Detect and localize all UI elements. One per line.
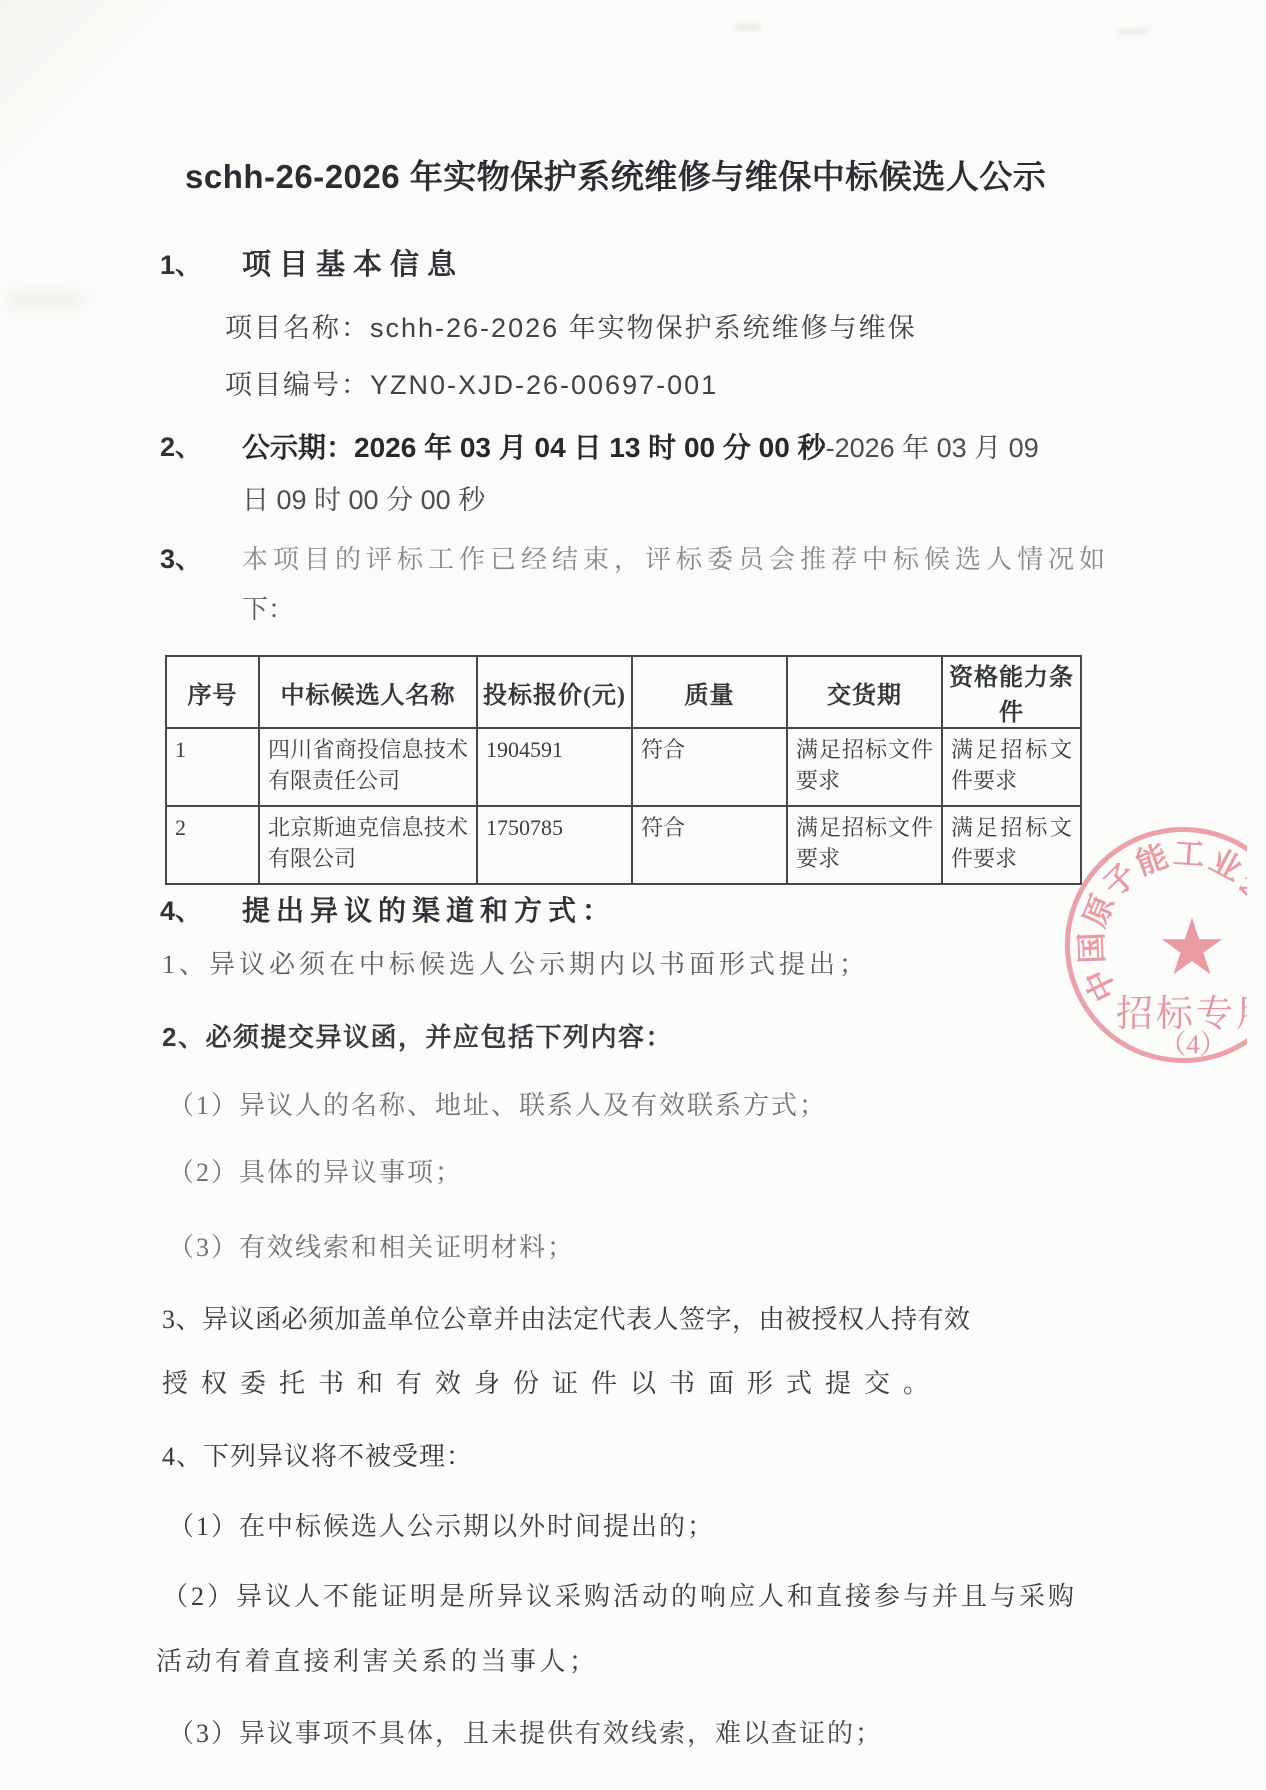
objection-line: （2）具体的异议事项；	[168, 1155, 463, 1191]
official-stamp: 中国原子能工业公 ★ 招标专用 （4）	[1065, 827, 1266, 1063]
cell-candidate-name: 北京斯迪克信息技术有限公司	[259, 806, 477, 884]
section-4-number: 4、	[160, 894, 202, 928]
cell-delivery: 满足招标文件要求	[787, 728, 942, 806]
header-qualification: 资格能力条件	[942, 656, 1081, 728]
stamp-number: （4）	[1159, 1023, 1227, 1062]
project-code-line: 项目编号：YZN0-XJD-26-00697-001	[225, 367, 718, 403]
header-bid-price: 投标报价(元)	[477, 656, 632, 728]
objection-line: （1）在中标候选人公示期以外时间提出的；	[168, 1509, 715, 1545]
scan-page-edge	[1247, 0, 1266, 1790]
section-3-line2: 下：	[242, 592, 294, 628]
table-header-row: 序号 中标候选人名称 投标报价(元) 质量 交货期 资格能力条件	[166, 656, 1081, 728]
objection-line: （3）异议事项不具体，且未提供有效线索，难以查证的；	[168, 1716, 883, 1752]
table-row: 1 四川省商投信息技术有限责任公司 1904591 符合 满足招标文件要求 满足…	[166, 728, 1081, 806]
project-name-line: 项目名称：schh-26-2026 年实物保护系统维修与维保	[225, 310, 917, 346]
cell-candidate-name: 四川省商投信息技术有限责任公司	[259, 728, 477, 806]
header-delivery: 交货期	[787, 656, 942, 728]
cell-qualification: 满足招标文件要求	[942, 728, 1081, 806]
star-icon: ★	[1157, 909, 1227, 987]
cell-delivery: 满足招标文件要求	[787, 806, 942, 884]
objection-line: 4、下列异议将不被受理：	[162, 1439, 473, 1475]
cell-seq: 1	[166, 728, 259, 806]
header-candidate-name: 中标候选人名称	[259, 656, 477, 728]
objection-line: 1、异议必须在中标候选人公示期内以书面形式提出；	[162, 947, 869, 983]
section-1-number: 1、	[160, 248, 202, 282]
section-1-heading: 项目基本信息	[242, 248, 464, 282]
objection-line: 2、必须提交异议函，并应包括下列内容：	[162, 1019, 673, 1055]
cell-quality: 符合	[632, 728, 787, 806]
cell-bid-price: 1904591	[477, 728, 632, 806]
objection-line: （2）异议人不能证明是所异议采购活动的响应人和直接参与并且与采购	[162, 1579, 1077, 1615]
header-quality: 质量	[632, 656, 787, 728]
header-seq: 序号	[166, 656, 259, 728]
section-2-number: 2、	[160, 430, 202, 464]
scan-smudge	[5, 288, 85, 310]
objection-line: 活动有着直接利害关系的当事人；	[156, 1644, 599, 1680]
objection-line: （3）有效线索和相关证明材料；	[168, 1230, 575, 1266]
publicity-period-rest: -2026 年 03 月 09	[826, 433, 1039, 463]
section-4-heading: 提出异议的渠道和方式：	[242, 894, 616, 928]
candidates-table: 序号 中标候选人名称 投标报价(元) 质量 交货期 资格能力条件 1 四川省商投…	[165, 655, 1082, 885]
document-page: schh-26-2026 年实物保护系统维修与维保中标候选人公示 1、 项目基本…	[0, 0, 1266, 1790]
page-title: schh-26-2026 年实物保护系统维修与维保中标候选人公示	[185, 156, 1046, 198]
section-3-line1: 本项目的评标工作已经结束，评标委员会推荐中标候选人情况如	[242, 542, 1110, 578]
objection-line: （1）异议人的名称、地址、联系人及有效联系方式；	[168, 1088, 827, 1124]
table-row: 2 北京斯迪克信息技术有限公司 1750785 符合 满足招标文件要求 满足招标…	[166, 806, 1081, 884]
section-3-number: 3、	[160, 542, 202, 576]
publicity-period-line2: 日 09 时 00 分 00 秒	[242, 482, 485, 518]
scan-smudge	[1118, 28, 1148, 34]
publicity-period-bold: 公示期：2026 年 03 月 04 日 13 时 00 分 00 秒	[242, 432, 826, 463]
publicity-period-line1: 公示期：2026 年 03 月 04 日 13 时 00 分 00 秒-2026…	[242, 429, 1039, 468]
objection-line: 3、异议函必须加盖单位公章并由法定代表人签字，由被授权人持有效	[162, 1302, 971, 1338]
cell-qualification: 满足招标文件要求	[942, 806, 1081, 884]
cell-seq: 2	[166, 806, 259, 884]
scan-smudge	[735, 24, 761, 30]
objection-line: 授权委托书和有效身份证件以书面形式提交。	[162, 1366, 942, 1402]
cell-quality: 符合	[632, 806, 787, 884]
cell-bid-price: 1750785	[477, 806, 632, 884]
